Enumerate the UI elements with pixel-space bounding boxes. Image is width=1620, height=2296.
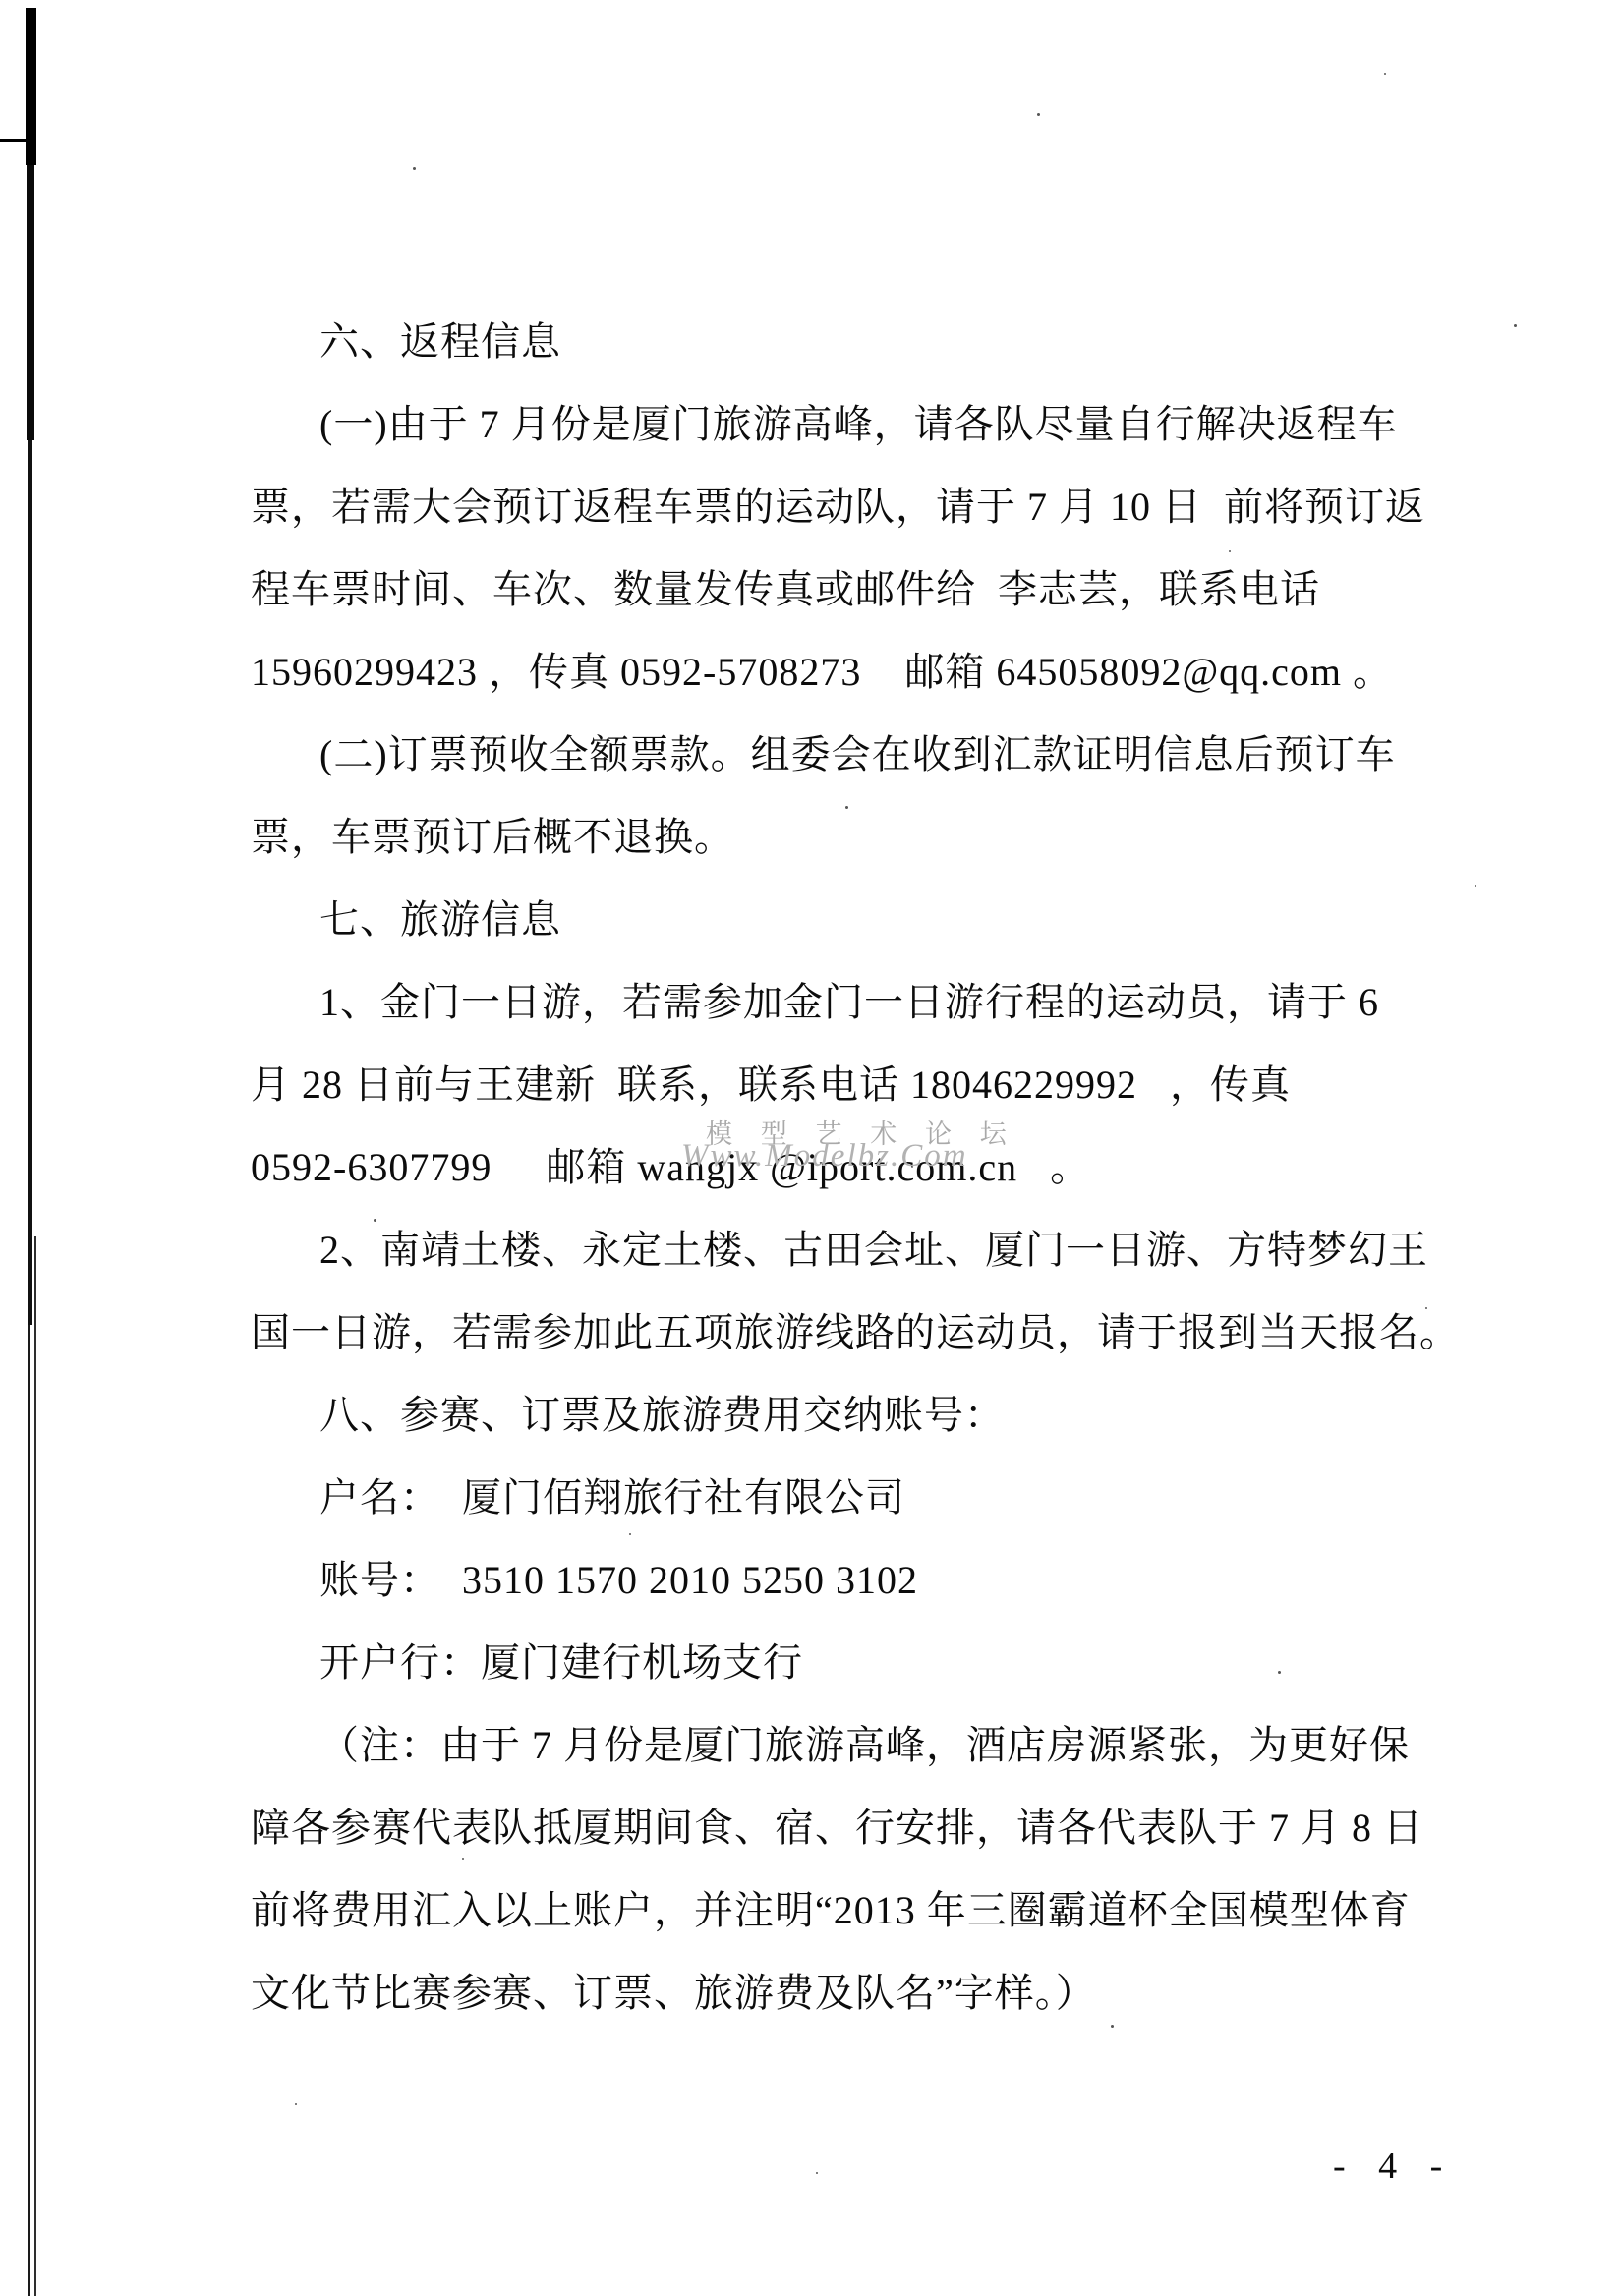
text-line: 前将费用汇入以上账户，并注明“2013 年三圈霸道杯全国模型体育 <box>251 1869 1479 1952</box>
page-number: - 4 - <box>1333 2145 1454 2188</box>
scan-artifact-bar <box>28 440 32 1325</box>
text-line: 国一日游，若需参加此五项旅游线路的运动员，请于报到当天报名。 <box>251 1291 1479 1374</box>
text-line: （注：由于 7 月份是厦门旅游高峰，酒店房源紧张，为更好保 <box>251 1704 1479 1787</box>
watermark-forum-url: Www.Modelbz.Com <box>681 1138 968 1175</box>
text-line: 票，车票预订后概不退换。 <box>251 796 1479 879</box>
text-line: 账号： 3510 1570 2010 5250 3102 <box>251 1539 1479 1622</box>
text-line: 开户行：厦门建行机场支行 <box>251 1622 1479 1704</box>
scan-artifact-bar <box>27 165 34 440</box>
text-line: 障各参赛代表队抵厦期间食、宿、行安排，请各代表队于 7 月 8 日 <box>251 1787 1479 1869</box>
text-line: 七、旅游信息 <box>251 879 1479 961</box>
text-line: 文化节比赛参赛、订票、旅游费及队名”字样。） <box>251 1952 1479 2035</box>
scan-artifact-bar <box>28 1325 30 2296</box>
text-line: 八、参赛、订票及旅游费用交纳账号： <box>251 1374 1479 1457</box>
scan-noise-dot <box>413 167 416 170</box>
text-line: (一)由于 7 月份是厦门旅游高峰，请各队尽量自行解决返程车 <box>251 383 1479 466</box>
scan-noise-dot <box>1384 73 1386 75</box>
text-line: 六、返程信息 <box>251 301 1479 383</box>
text-line: 2、南靖土楼、永定土楼、古田会址、厦门一日游、方特梦幻王 <box>251 1209 1479 1291</box>
text-line: 1、金门一日游，若需参加金门一日游行程的运动员，请于 6 <box>251 961 1479 1044</box>
text-line: 票，若需大会预订返程车票的运动队，请于 7 月 10 日 前将预订返 <box>251 466 1479 548</box>
scan-noise-dot <box>1514 324 1517 327</box>
text-line: (二)订票预收全额票款。组委会在收到汇款证明信息后预订车 <box>251 714 1479 796</box>
scan-artifact-bar <box>26 8 36 165</box>
scan-artifact-bar <box>34 1236 36 2296</box>
text-line: 程车票时间、车次、数量发传真或邮件给 李志芸，联系电话 <box>251 548 1479 631</box>
scan-noise-dot <box>816 2172 818 2174</box>
text-line: 15960299423 ，传真 0592-5708273 邮箱 64505809… <box>251 631 1479 714</box>
scan-noise-dot <box>1037 113 1040 116</box>
scanned-document-page: 六、返程信息(一)由于 7 月份是厦门旅游高峰，请各队尽量自行解决返程车票，若需… <box>0 0 1620 2296</box>
text-line: 户名： 厦门佰翔旅行社有限公司 <box>251 1457 1479 1539</box>
scan-noise-dot <box>295 2103 297 2105</box>
scan-artifact-tick <box>0 139 27 142</box>
